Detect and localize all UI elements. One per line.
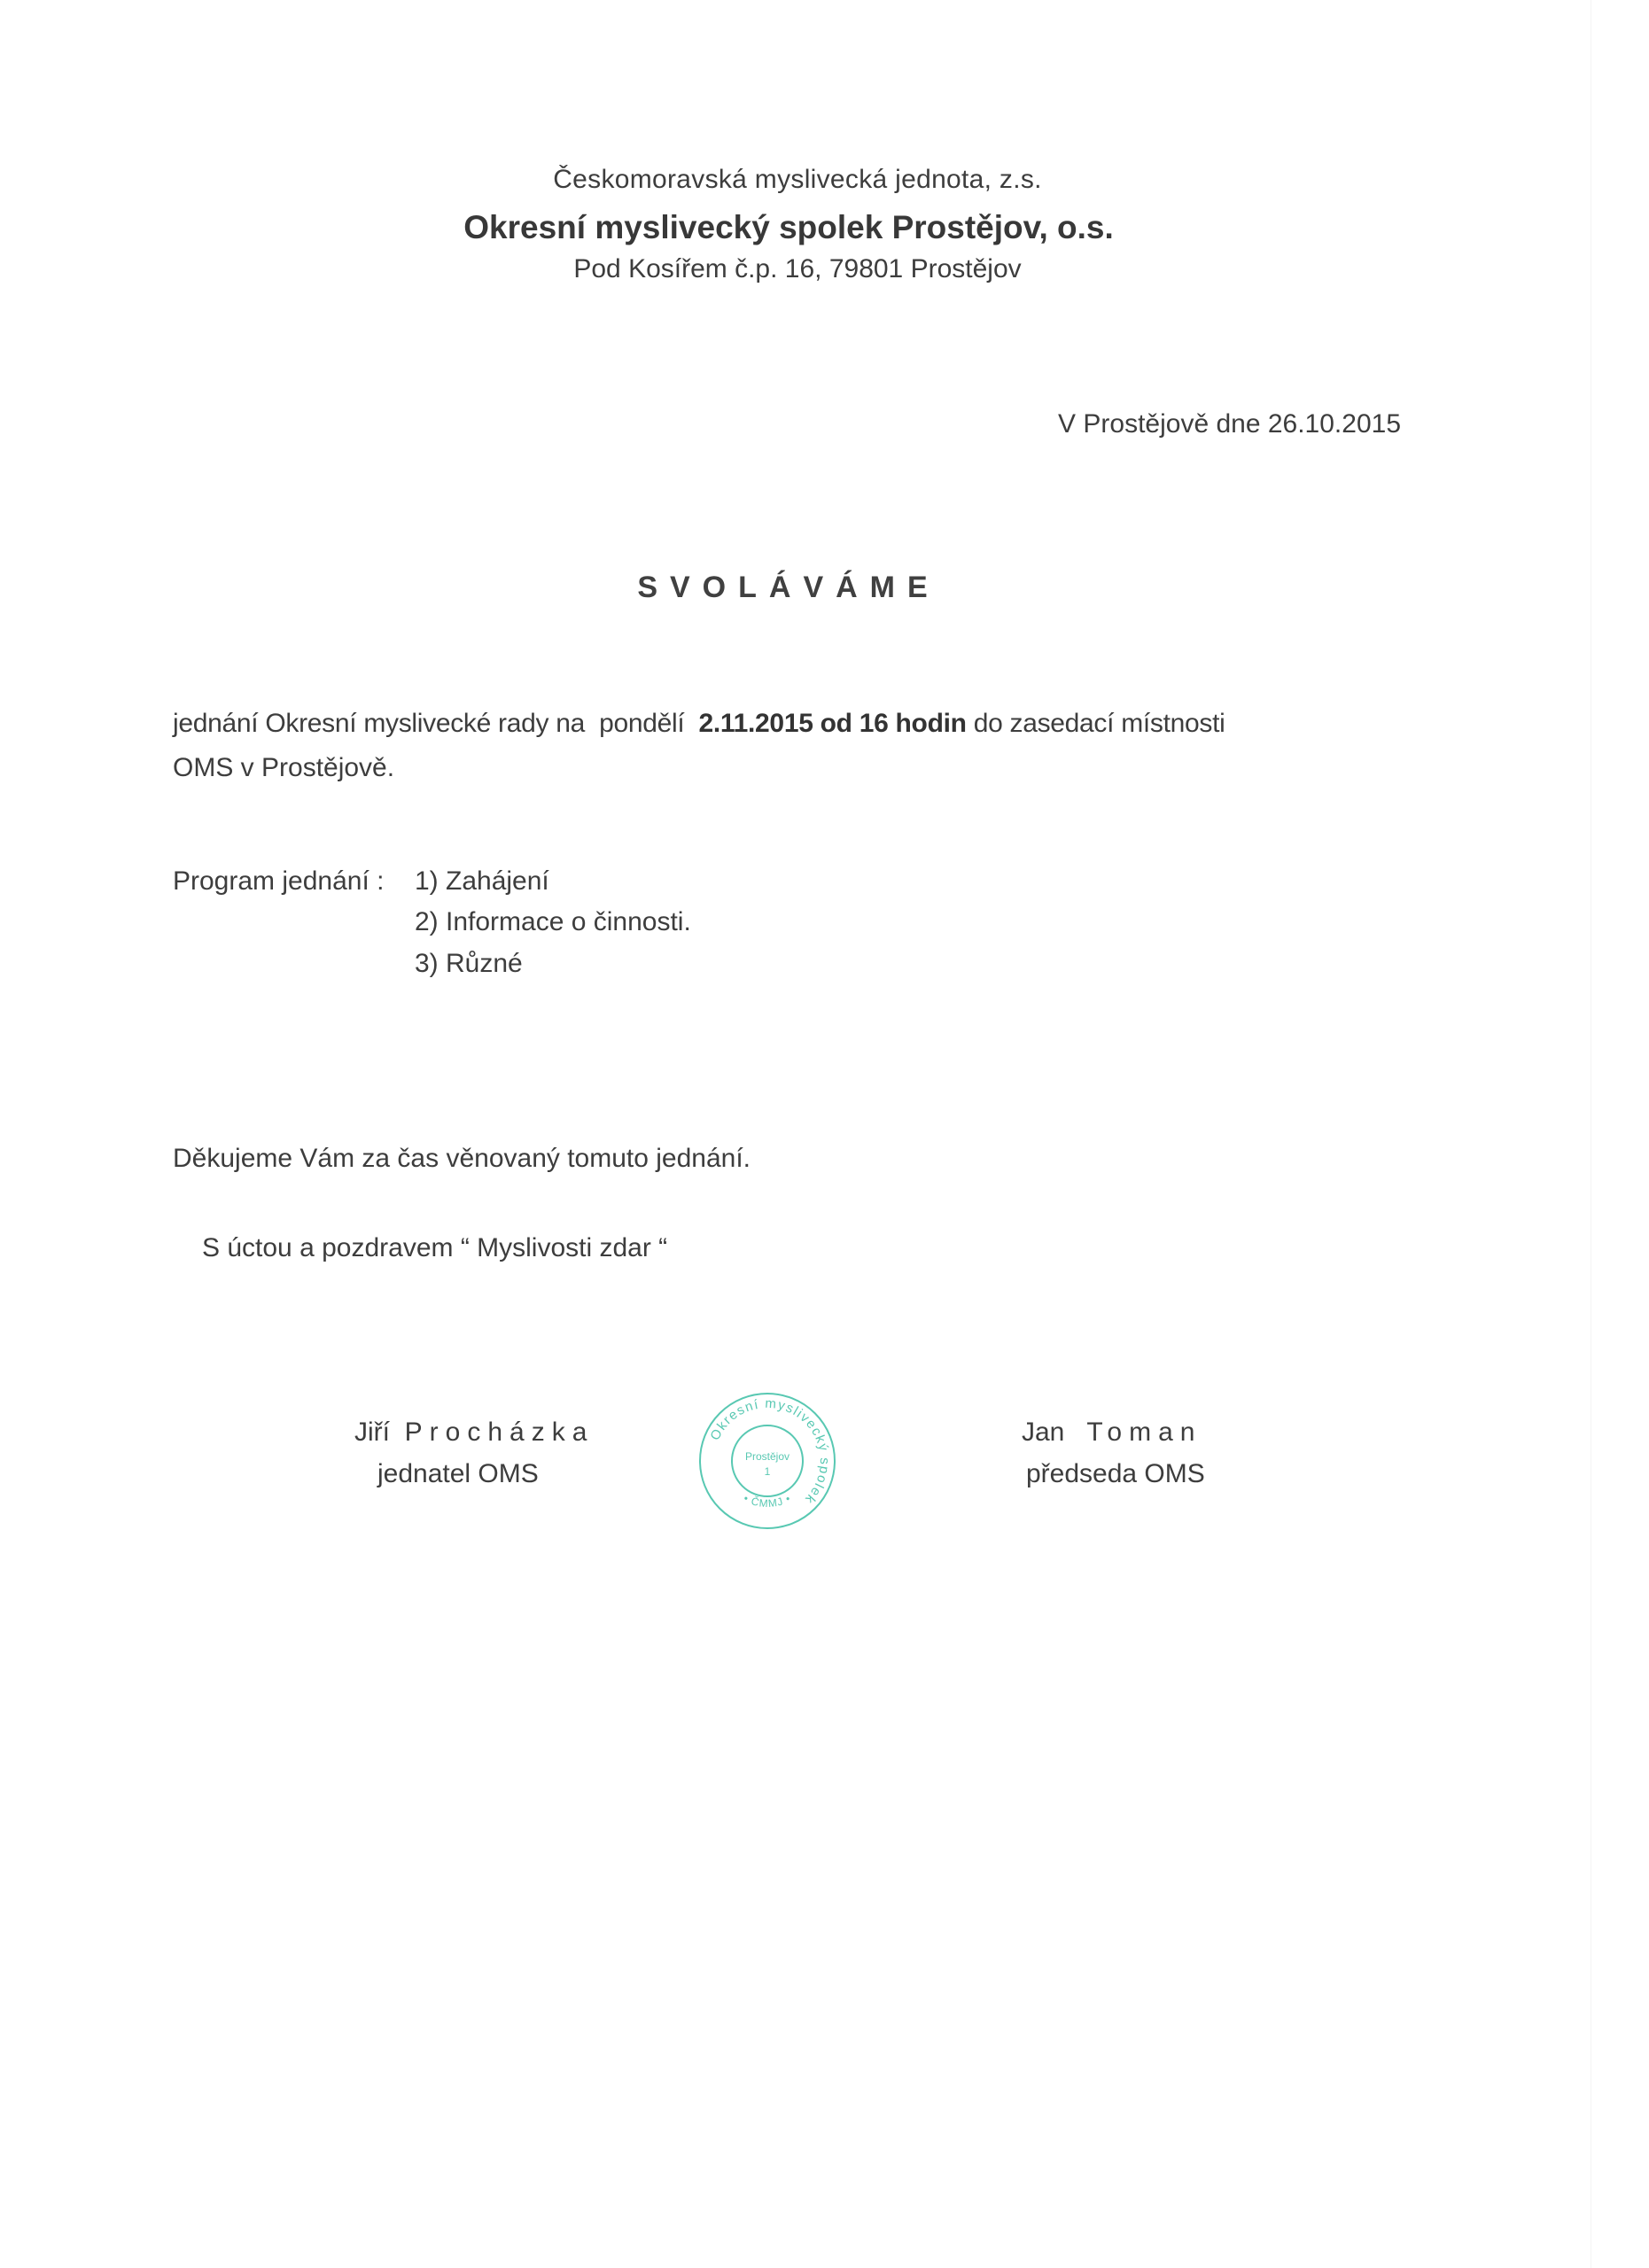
body-text-suffix: do zasedací místnosti [967,709,1225,738]
signatory-left-role: jednatel OMS [377,1459,539,1489]
meeting-datetime: 2.11.2015 od 16 hodin [698,709,966,738]
body-line-2: OMS v Prostějově. [173,753,394,783]
stamp-center-number: 1 [765,1465,771,1478]
header-address: Pod Kosířem č.p. 16, 79801 Prostějov [573,254,1021,284]
signatory-last-name: Toman [1086,1417,1202,1447]
signatory-first-name: Jan [1022,1417,1064,1447]
date-line: V Prostějově dne 26.10.2015 [1058,409,1401,439]
program-item: 2) Informace o činnosti. [415,907,691,937]
stamp-bottom-text: • ČMMJ • [742,1492,793,1510]
program-label: Program jednání : [173,866,392,897]
thanks-line: Děkujeme Vám za čas věnovaný tomuto jedn… [173,1144,751,1174]
signatory-last-name: Procházka [405,1417,595,1447]
official-stamp: Okresní myslivecký spolek • ČMMJ • Prost… [696,1389,839,1533]
greeting-line: S úctou a pozdravem “ Myslivosti zdar “ [202,1233,667,1263]
body-line-1: jednání Okresní myslivecké rady na pondě… [173,709,1225,739]
signatory-right-name: Jan Toman [1022,1417,1202,1448]
program-item: 1) Zahájení [415,866,549,897]
stamp-center-city: Prostějov [745,1450,789,1463]
scan-artifact-line [1591,0,1591,2268]
document-title: SVOLÁVÁME [637,571,939,605]
header-branch: Okresní myslivecký spolek Prostějov, o.s… [463,209,1114,246]
signatory-first-name: Jiří [354,1417,390,1447]
signatory-right-role: předseda OMS [1026,1459,1205,1489]
document-page: Českomoravská myslivecká jednota, z.s. O… [0,0,1649,2268]
header-organization: Českomoravská myslivecká jednota, z.s. [553,165,1042,195]
program-item: 3) Různé [415,949,523,979]
signatory-left-name: Jiří Procházka [354,1417,594,1448]
body-text-prefix: jednání Okresní myslivecké rady na pondě… [173,709,698,738]
